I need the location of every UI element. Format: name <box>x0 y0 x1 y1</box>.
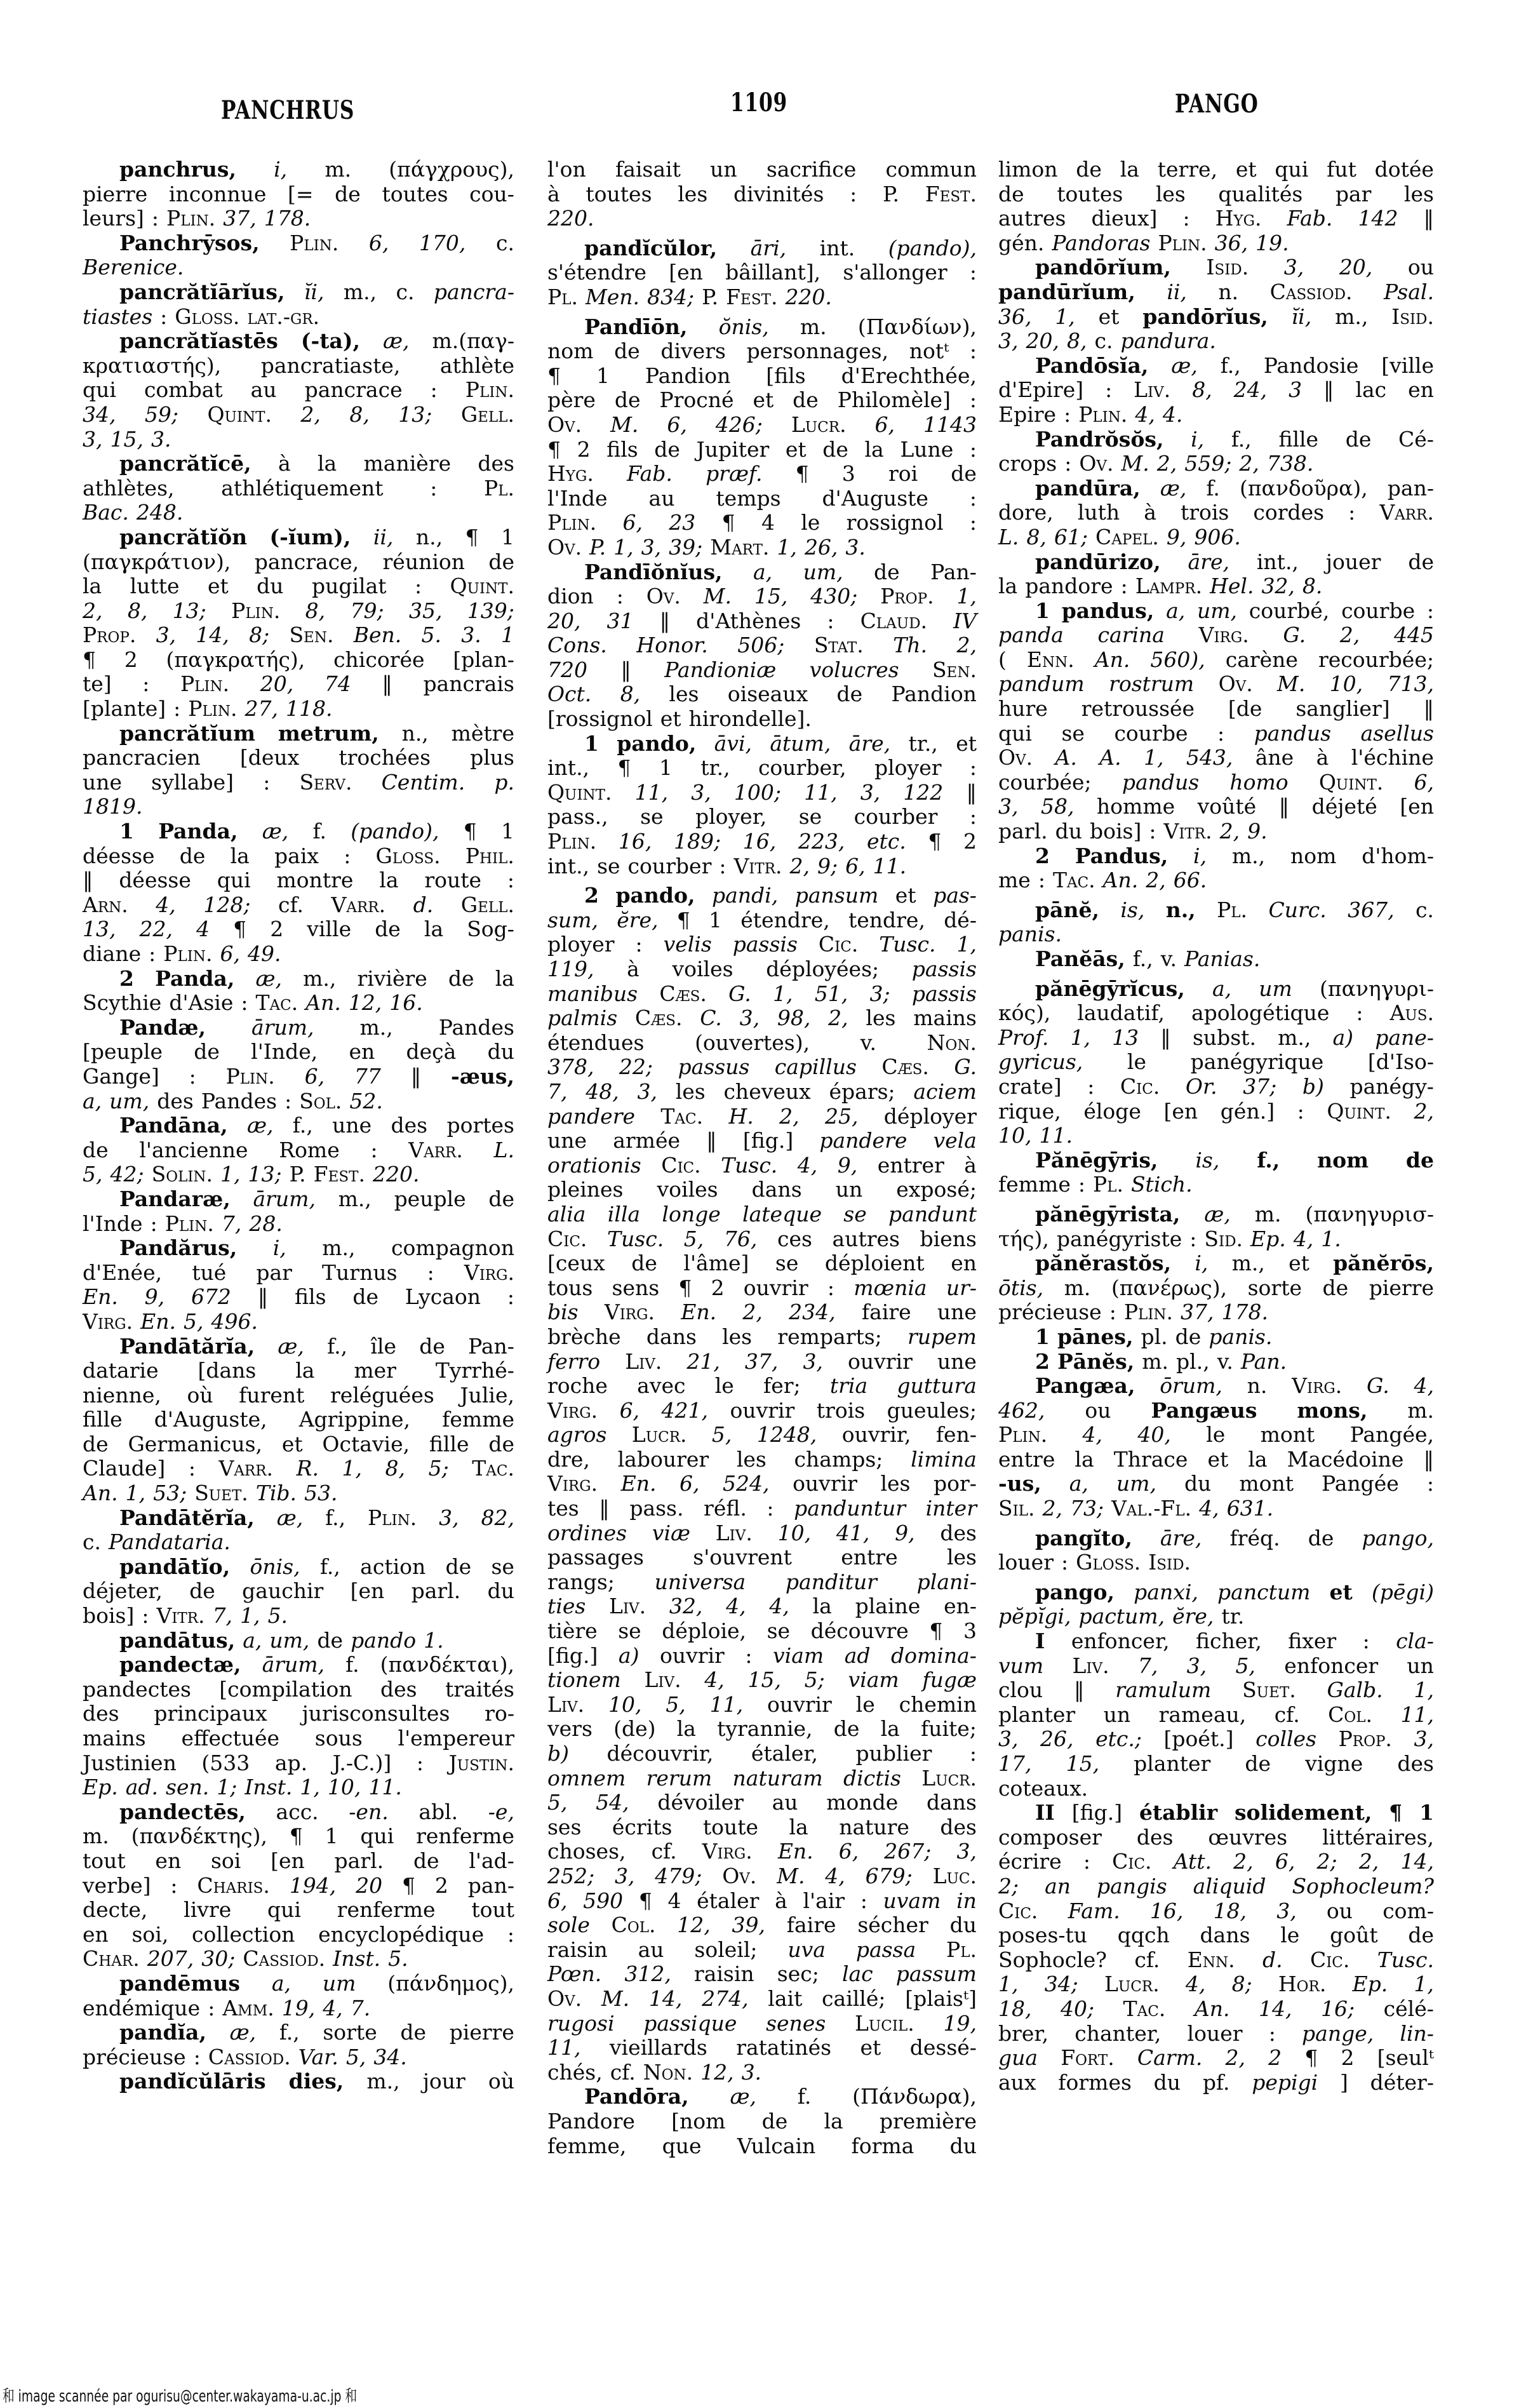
word: les <box>1156 182 1186 207</box>
word: les <box>737 1448 767 1472</box>
citation: æ, <box>255 967 282 991</box>
word: [plante] <box>83 697 166 722</box>
headword: n., <box>1166 898 1196 923</box>
word: tous <box>547 1276 593 1301</box>
word: qui <box>217 868 251 893</box>
citation: 12, <box>700 2060 733 2085</box>
word: déploient <box>825 1251 925 1276</box>
word: de <box>1408 1923 1434 1948</box>
word: : <box>970 756 977 781</box>
citation: 2, <box>790 854 810 879</box>
word: autres <box>833 1227 900 1252</box>
headword: pandūra, <box>1035 476 1141 501</box>
citation: 2, <box>83 599 103 624</box>
word: tr., <box>908 732 937 756</box>
word: f., <box>293 1113 313 1138</box>
word: l'ancienne <box>139 1138 248 1163</box>
word: à <box>547 182 560 207</box>
author-abbrev: Ov. <box>998 746 1033 770</box>
word: femme <box>442 1408 514 1432</box>
citation: p. <box>494 770 514 795</box>
entry-headline: 2pando,pandi,pansumetpas- <box>547 884 977 908</box>
entry-text-line: decte,livrequirenfermetout <box>83 1898 514 1923</box>
citation: 8; <box>249 623 269 648</box>
citation: 4, <box>1083 1423 1103 1448</box>
citation: 9, <box>145 1285 165 1310</box>
word: une <box>547 1129 587 1153</box>
citation: 119, <box>547 957 594 982</box>
author-abbrev: Virg. <box>605 1300 655 1325</box>
word: le <box>1280 1923 1299 1948</box>
author-abbrev: Virg. <box>83 1310 133 1334</box>
word: poses-tu <box>998 1923 1087 1948</box>
headword: et <box>1330 1580 1353 1605</box>
word: réfl. <box>704 1496 747 1521</box>
citation: 3, <box>1414 1727 1434 1752</box>
citation: d. <box>1262 1948 1283 1973</box>
word: bois] <box>83 1604 134 1629</box>
word: int., <box>547 756 589 781</box>
entry-headline: pandēmusa,um(πάνδημος), <box>83 1972 514 1996</box>
entry-text-line: [peupledel'Inde,endeçàdu <box>83 1040 514 1065</box>
citation: (pēgi) <box>1372 1580 1434 1605</box>
word: louer <box>998 1550 1054 1575</box>
entry-text-line: 462,ouPangæusmons,m. <box>998 1399 1434 1423</box>
word: la <box>495 967 514 991</box>
author-abbrev: Cassiod. <box>1270 280 1353 305</box>
citation: En. <box>140 1310 176 1334</box>
citation: pando <box>351 1629 416 1653</box>
citation: etc.; <box>1095 1727 1142 1752</box>
citation: passus <box>678 1055 749 1080</box>
word: [en <box>351 1579 385 1604</box>
word: gueules; <box>887 1399 977 1423</box>
word: la <box>881 1717 900 1742</box>
word: nienne, <box>83 1383 161 1408</box>
entry-text-line: leurs]:Plin.37,178. <box>83 206 514 231</box>
word: pandore <box>1025 574 1113 599</box>
citation: 30; <box>201 1947 235 1972</box>
citation: a, <box>1069 1472 1088 1496</box>
entry-text-line: 17,15,planterdevignedes <box>998 1752 1434 1777</box>
citation: 312, <box>624 1962 671 1987</box>
entry-text-line: 3,15,3. <box>83 427 514 452</box>
headword: Pangæus <box>1151 1399 1257 1423</box>
word: : <box>170 1874 177 1899</box>
word: plaine <box>855 1594 921 1619</box>
word: d'Athènes <box>696 609 801 634</box>
citation: 41, <box>836 1521 869 1546</box>
word: œuvres <box>1208 1825 1287 1850</box>
citation: Galb. <box>1327 1678 1383 1703</box>
entry-text-line: quicombataupancrace:Plin. <box>83 378 514 403</box>
author-abbrev: Virg. <box>464 1261 514 1286</box>
word: combat <box>144 378 223 403</box>
citation: A. <box>1099 746 1121 770</box>
citation: pepigi <box>1252 2071 1318 2095</box>
word: pl., <box>1176 1350 1210 1374</box>
citation: 20, <box>1339 255 1372 280</box>
headword: -æus, <box>451 1065 514 1089</box>
citation: passis <box>733 932 798 957</box>
author-abbrev: Plin. <box>231 599 280 624</box>
word: clou <box>998 1678 1043 1703</box>
word: l'on <box>547 158 586 182</box>
word: tout <box>471 1898 514 1923</box>
headword: 2 <box>584 884 599 908</box>
word: une <box>332 1113 372 1138</box>
citation: āre, <box>1188 550 1229 575</box>
headword: I <box>1035 1629 1045 1654</box>
word: sacrifice <box>767 158 856 182</box>
word: soi, <box>131 1923 168 1947</box>
citation: 11. <box>1039 1124 1072 1148</box>
citation: 53. <box>304 1481 337 1506</box>
citation: gua <box>998 2046 1038 2071</box>
word: les <box>676 1080 706 1105</box>
word: 4 <box>667 1889 681 1914</box>
word: : <box>635 932 642 957</box>
word: trochées <box>338 746 431 770</box>
word: κός), <box>998 1001 1050 1026</box>
entry-text-line: tièresedéploie,sedécouvre¶3 <box>547 1619 977 1644</box>
citation: 5; <box>805 1668 825 1693</box>
word: gauchir <box>242 1579 323 1604</box>
word: le <box>856 1693 875 1717</box>
entry-text-line: Quint.11,3,100;11,3,122‖ <box>547 781 977 805</box>
entry-text-line: palmisCæs.C.3,98,2,lesmains <box>547 1006 977 1031</box>
word: dore, <box>998 501 1054 525</box>
citation: 9, <box>1167 525 1187 550</box>
citation: 6, <box>845 854 866 879</box>
word: plus <box>470 746 514 770</box>
entry-text-line: pandūrĭum,ii,n.Cassiod.Psal. <box>998 280 1434 305</box>
word: coteaux. <box>998 1777 1088 1801</box>
entry-text-line: deGermanicus,etOctavie,fillede <box>83 1432 514 1457</box>
headword: pandĭcŭlāris <box>119 2069 266 2094</box>
word: qui <box>1275 158 1308 182</box>
citation: 13; <box>248 1162 282 1187</box>
entry-headline: pancrătĭcē,àlamanièredes <box>83 452 514 476</box>
word: trois <box>817 1399 865 1423</box>
word: ‖ <box>1423 206 1434 231</box>
word: ¶ <box>547 438 561 462</box>
citation: 3, <box>1284 255 1304 280</box>
citation: An. <box>1095 648 1130 673</box>
citation: 32, <box>669 1594 702 1619</box>
citation: illa <box>608 1202 640 1227</box>
citation: 4, <box>798 1153 818 1178</box>
word: Vulcain <box>737 2134 816 2159</box>
word: fer; <box>763 1374 801 1399</box>
word: louer <box>1188 2022 1243 2046</box>
word: mains <box>83 1726 146 1751</box>
citation: 6, <box>620 1399 640 1423</box>
word: s'allonger <box>843 260 947 285</box>
entry-headline: 2Pandus,i,m.,nomd'hom- <box>998 844 1434 869</box>
word: la <box>318 452 337 476</box>
word: montre <box>276 868 353 893</box>
word: effectuée <box>181 1726 279 1751</box>
author-abbrev: Ov. <box>646 584 681 609</box>
author-abbrev: Cassiod. <box>243 1947 325 1972</box>
word: : <box>970 339 977 364</box>
word: du <box>1154 2071 1181 2095</box>
word: : <box>1061 1550 1068 1575</box>
entry-text-line: rocheaveclefer;triaguttura <box>547 1374 977 1399</box>
word: les <box>947 1545 977 1570</box>
word: (Πανδίων), <box>858 315 977 340</box>
citation: 3, <box>641 535 662 560</box>
word: nom <box>547 339 593 364</box>
word: ( <box>998 648 1007 673</box>
citation: An. <box>83 1481 118 1506</box>
citation: 5, <box>83 1162 103 1187</box>
word: tyrannie, <box>717 1717 812 1742</box>
word: vieillards <box>610 2036 707 2060</box>
word: 2 <box>1341 2046 1354 2071</box>
word: fut <box>1327 158 1356 182</box>
headword: -us, <box>998 1472 1041 1496</box>
word: [plaisᵗ] <box>905 1987 977 2012</box>
word: : <box>431 378 438 403</box>
citation: i, <box>1193 844 1207 869</box>
citation: 1, <box>1144 746 1164 770</box>
word: ¶ <box>547 364 561 389</box>
author-abbrev: Quint. <box>547 781 612 805</box>
citation: manibus <box>547 982 638 1007</box>
word: de <box>614 339 640 364</box>
word: épars; <box>829 1080 895 1105</box>
citation: Honor. <box>636 633 707 658</box>
word: f. <box>798 2085 812 2109</box>
word: à <box>775 1889 787 1914</box>
citation: 267; <box>884 1839 931 1864</box>
word: m., <box>366 2069 399 2094</box>
citation: 679; <box>866 1864 913 1889</box>
citation: 98, <box>777 1006 810 1031</box>
entry-text-line: coteaux. <box>998 1777 1434 1801</box>
citation: 1, <box>1071 1026 1091 1051</box>
word: m., <box>1232 1251 1265 1276</box>
word: mètre <box>452 722 514 746</box>
entry-text-line: ¶1Pandion[filsd'Erechthée, <box>547 364 977 389</box>
word: de <box>1076 158 1102 182</box>
word: la <box>83 574 102 599</box>
word: ‖ <box>966 781 977 805</box>
headword: pandōrĭum, <box>1035 255 1171 280</box>
word: Procné <box>659 388 733 413</box>
word: (πάνδημος), <box>387 1972 514 1996</box>
entry-text-line: ¶2(παγκρατής),chicorée[plan- <box>83 648 514 673</box>
word: ¶ <box>678 1276 692 1301</box>
citation: pangis <box>1097 1874 1167 1899</box>
author-abbrev: Gell. <box>461 893 514 918</box>
entry-text-line: pandacarinaVirg.G.2,445 <box>998 623 1434 648</box>
word: acc. <box>276 1800 319 1825</box>
word: te] <box>83 672 112 697</box>
citation: ties <box>547 1594 586 1619</box>
word: sorte <box>1248 1276 1302 1301</box>
word: les <box>678 182 707 207</box>
citation: 1. <box>424 1629 444 1653</box>
citation: 40; <box>1061 1997 1094 2022</box>
citation: IV <box>953 609 977 634</box>
entry-text-line: tionemLiv.4,15,5;viamfugæ <box>547 1668 977 1693</box>
author-abbrev: Prop. <box>880 584 934 609</box>
word: île <box>370 1334 396 1359</box>
citation: æ, <box>278 1334 304 1359</box>
entry-text-line: Pœn.312,raisinsec;lacpassum <box>547 1962 977 1987</box>
word: Pandion <box>645 364 730 389</box>
word: fixer <box>1288 1629 1336 1654</box>
citation: 6, <box>1414 770 1434 795</box>
word: de <box>1323 1276 1349 1301</box>
entry-text-line: Epire:Plin.4,4. <box>998 403 1434 427</box>
headword: Pandāna, <box>119 1113 228 1138</box>
entry-text-line: tiastes:Gloss.lat.-gr. <box>83 305 514 330</box>
headword: Pangæa, <box>1035 1374 1135 1399</box>
word: Sog- <box>467 917 514 942</box>
word: entre <box>841 1545 897 1570</box>
author-abbrev: Sol. <box>299 1089 342 1114</box>
word: ployer, <box>695 805 767 830</box>
entry-text-line: Claude]:Varr.R.1,8,5;Tac. <box>83 1456 514 1481</box>
word: vers <box>547 1717 593 1742</box>
word: ¶ <box>464 819 477 844</box>
entry-text-line: pleinesvoilesdansunexposé; <box>547 1178 977 1202</box>
citation: G. <box>1283 623 1306 648</box>
word: Sophocle? <box>998 1948 1107 1973</box>
word: vigne <box>1305 1752 1363 1777</box>
word: fréq. <box>1229 1526 1280 1551</box>
headword: 1 <box>1035 599 1050 624</box>
word: pass., <box>547 805 608 830</box>
column-1: panchrus,i,m.(πάγχρους),pierreinconnue[=… <box>83 158 514 2094</box>
citation: 6, <box>875 413 895 438</box>
entry-text-line: 1819. <box>83 795 514 819</box>
citation: omnem <box>547 1766 626 1791</box>
citation: capillus <box>775 1055 857 1080</box>
word: découvrir, <box>606 1742 713 1766</box>
entry-text-line: pandumrostrumOv.M.10,713, <box>998 672 1434 697</box>
citation: ātum, <box>770 732 831 756</box>
headword: f., <box>1257 1148 1280 1173</box>
citation: 1; <box>217 1775 237 1800</box>
author-abbrev: Enn. <box>1188 1948 1235 1973</box>
word: renferme <box>416 1824 514 1849</box>
entry-text-line: orationisCic.Tusc.4,9,entrerà <box>547 1153 977 1178</box>
word: : <box>827 1276 834 1301</box>
word: nom <box>1290 844 1336 869</box>
citation: tionem <box>547 1668 621 1693</box>
word: en <box>951 1251 977 1276</box>
headword: pănēgȳrĭcus, <box>1035 977 1185 1002</box>
citation: āre, <box>1160 1526 1202 1551</box>
word: pandectes <box>83 1677 191 1702</box>
citation: 220. <box>373 1162 419 1187</box>
word: qui <box>83 378 116 403</box>
entry-text-line: tes‖pass.réfl.:pandunturinter <box>547 1496 977 1521</box>
author-abbrev: Isid. <box>1391 305 1434 330</box>
citation: pango, <box>1362 1526 1434 1551</box>
word: pugilat <box>312 574 387 599</box>
author-abbrev: Suet. <box>194 1481 248 1506</box>
author-abbrev: P. <box>290 1162 306 1187</box>
headword: pando, <box>617 732 696 756</box>
word: athlètes, <box>83 476 175 501</box>
citation: 100; <box>734 781 781 805</box>
citation: 23 <box>669 511 695 535</box>
word: (533 <box>201 1751 250 1776</box>
citation: 49. <box>248 942 281 967</box>
citation: 37, <box>1181 1300 1214 1325</box>
author-abbrev: Cæs. <box>635 1006 683 1031</box>
citation: 52. <box>349 1089 382 1114</box>
citation: 430; <box>810 584 857 609</box>
headword: pandectæ, <box>119 1653 241 1677</box>
word: courber <box>628 854 712 879</box>
word: pf. <box>1203 2071 1230 2095</box>
author-abbrev: Tac. <box>660 1105 703 1129</box>
word: f. <box>345 1653 359 1677</box>
word: f., <box>327 1334 347 1359</box>
entry-text-line: mainseffectuéesousl'empereur <box>83 1726 514 1751</box>
word: raisin <box>694 1962 754 1987</box>
headword: pandectēs, <box>119 1800 246 1825</box>
word: la <box>677 1717 696 1742</box>
citation: 2, <box>1359 1850 1379 1874</box>
citation: 39, <box>732 1913 765 1938</box>
word: κρατιαστής), <box>83 354 221 379</box>
citation: 2, <box>1226 2046 1246 2071</box>
author-abbrev: Liv. <box>716 1521 753 1546</box>
entry-text-line: verbe]:Charis.194,20¶2pan- <box>83 1874 514 1899</box>
entry-text-line: brer,chanter,louer:pange,lin- <box>998 2022 1434 2046</box>
word: Pandes <box>439 1016 514 1040</box>
citation: 6, <box>220 942 240 967</box>
entry-headline: 2Pānĕs,m.pl.,v.Pan. <box>998 1350 1434 1374</box>
author-abbrev: Luc. <box>933 1864 977 1889</box>
citation: 7, <box>213 1604 233 1629</box>
headword: pānĕ, <box>1035 898 1099 923</box>
word: de <box>822 438 848 462</box>
citation: 189; <box>674 830 721 854</box>
entry-headline: Pandīōn,ŏnis,m.(Πανδίων), <box>547 315 977 340</box>
word: publier <box>855 1742 932 1766</box>
word: pancratiaste, <box>261 354 401 379</box>
entry-text-line: 5,54,dévoileraumondedans <box>547 1791 977 1815</box>
citation: 53; <box>153 1481 187 1506</box>
word: fille <box>83 1408 123 1432</box>
entry-text-line: 3,58,hommevoûté‖déjeté[en <box>998 795 1434 819</box>
citation: 3, <box>83 427 103 452</box>
citation: 6, <box>369 231 389 256</box>
citation: ĕre, <box>617 908 658 933</box>
entry-text-line: d'Epire]:Liv.8,24,3‖lacen <box>998 378 1434 403</box>
word: qqch <box>1118 1923 1170 1948</box>
word: et <box>786 438 807 462</box>
word: peuple <box>394 1187 466 1212</box>
citation: lin- <box>1400 2022 1434 2046</box>
entry-text-line: gyricus,lepanégyrique[d'Iso- <box>998 1050 1434 1075</box>
word: personnages, <box>747 339 889 364</box>
word: ‖ <box>411 1065 422 1089</box>
entry-headline: Pandōra,æ,f.(Πάνδωρα), <box>547 2085 977 2109</box>
word: [dans <box>198 1359 256 1383</box>
citation: ŏnis, <box>719 315 769 340</box>
word: : <box>1038 868 1045 893</box>
